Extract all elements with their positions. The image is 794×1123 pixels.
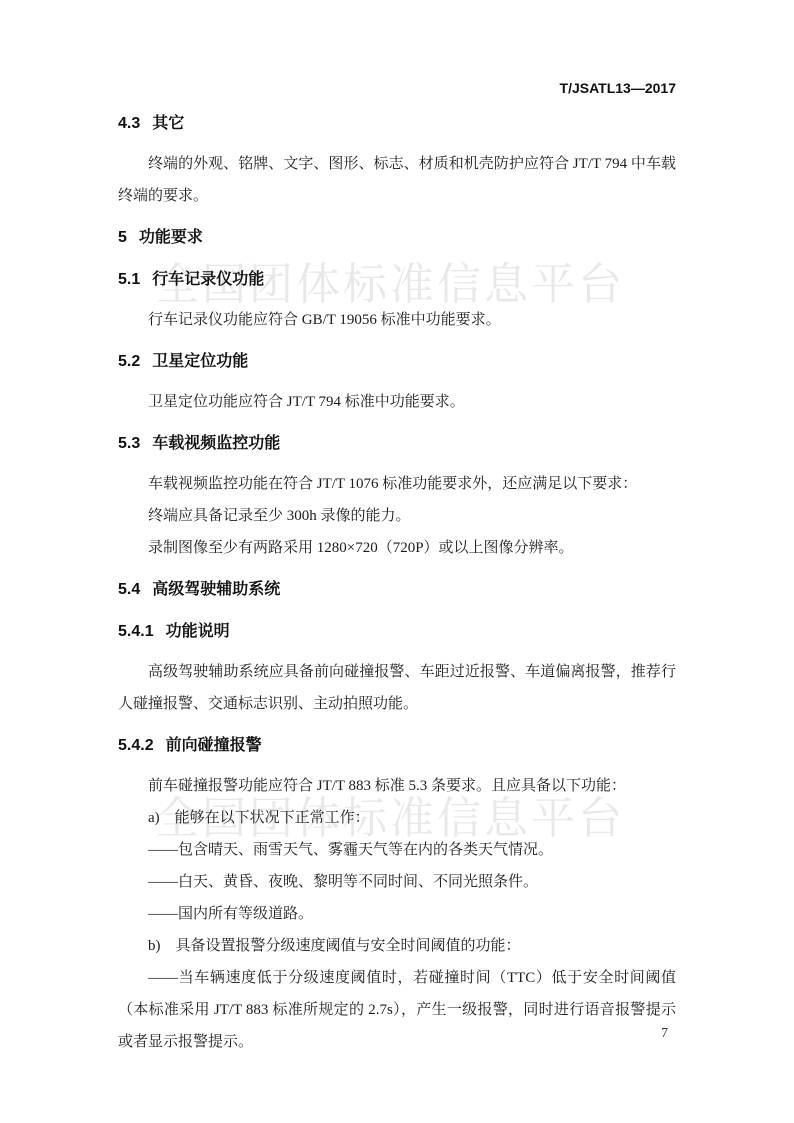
heading-number: 5.4 xyxy=(118,581,140,598)
section-heading: 5.4高级驾驶辅助系统 xyxy=(118,574,676,606)
paragraph: 车载视频监控功能在符合 JT/T 1076 标准功能要求外，还应满足以下要求： xyxy=(118,468,676,500)
paragraph: 高级驾驶辅助系统应具备前向碰撞报警、车距过近报警、车道偏离报警，推荐行人碰撞报警… xyxy=(118,656,676,720)
paragraph: 前车碰撞报警功能应符合 JT/T 883 标准 5.3 条要求。且应具备以下功能… xyxy=(118,770,676,802)
paragraph: 终端应具备记录至少 300h 录像的能力。 xyxy=(118,500,676,532)
heading-title: 其它 xyxy=(152,115,184,132)
section-heading: 5功能要求 xyxy=(118,222,676,254)
paragraph: 录制图像至少有两路采用 1280×720（720P）或以上图像分辨率。 xyxy=(118,532,676,564)
page-number: 7 xyxy=(661,1024,668,1044)
heading-number: 5.4.2 xyxy=(118,737,154,754)
paragraph: 终端的外观、铭牌、文字、图形、标志、材质和机壳防护应符合 JT/T 794 中车… xyxy=(118,148,676,212)
paragraph: 行车记录仪功能应符合 GB/T 19056 标准中功能要求。 xyxy=(118,304,676,336)
heading-title: 行车记录仪功能 xyxy=(152,271,264,288)
standard-code-header: T/JSATL13—2017 xyxy=(118,78,676,98)
page-content: T/JSATL13—2017 4.3其它终端的外观、铭牌、文字、图形、标志、材质… xyxy=(118,78,676,1058)
section-heading: 5.3车载视频监控功能 xyxy=(118,428,676,460)
section-heading: 5.1行车记录仪功能 xyxy=(118,264,676,296)
heading-title: 前向碰撞报警 xyxy=(166,737,262,754)
heading-number: 5.1 xyxy=(118,271,140,288)
heading-number: 5.2 xyxy=(118,353,140,370)
paragraph: b) 具备设置报警分级速度阈值与安全时间阈值的功能： xyxy=(118,930,676,962)
heading-title: 功能说明 xyxy=(166,623,230,640)
heading-title: 高级驾驶辅助系统 xyxy=(152,581,280,598)
section-heading: 5.4.2前向碰撞报警 xyxy=(118,730,676,762)
paragraph: ——当车辆速度低于分级速度阈值时，若碰撞时间（TTC）低于安全时间阈值（本标准采… xyxy=(118,962,676,1058)
paragraph: ——白天、黄昏、夜晚、黎明等不同时间、不同光照条件。 xyxy=(118,866,676,898)
section-heading: 4.3其它 xyxy=(118,108,676,140)
heading-title: 功能要求 xyxy=(139,229,203,246)
heading-number: 5.3 xyxy=(118,435,140,452)
heading-number: 5.4.1 xyxy=(118,623,154,640)
paragraph: ——国内所有等级道路。 xyxy=(118,898,676,930)
document-page: 全国团体标准信息平台 全国团体标准信息平台 T/JSATL13—2017 4.3… xyxy=(0,0,794,1123)
paragraph: ——包含晴天、雨雪天气、雾霾天气等在内的各类天气情况。 xyxy=(118,834,676,866)
heading-title: 卫星定位功能 xyxy=(152,353,248,370)
paragraph: a) 能够在以下状况下正常工作： xyxy=(118,802,676,834)
section-heading: 5.4.1功能说明 xyxy=(118,616,676,648)
heading-title: 车载视频监控功能 xyxy=(152,435,280,452)
paragraph: 卫星定位功能应符合 JT/T 794 标准中功能要求。 xyxy=(118,386,676,418)
heading-number: 4.3 xyxy=(118,115,140,132)
section-heading: 5.2卫星定位功能 xyxy=(118,346,676,378)
document-body: 4.3其它终端的外观、铭牌、文字、图形、标志、材质和机壳防护应符合 JT/T 7… xyxy=(118,108,676,1058)
heading-number: 5 xyxy=(118,229,127,246)
